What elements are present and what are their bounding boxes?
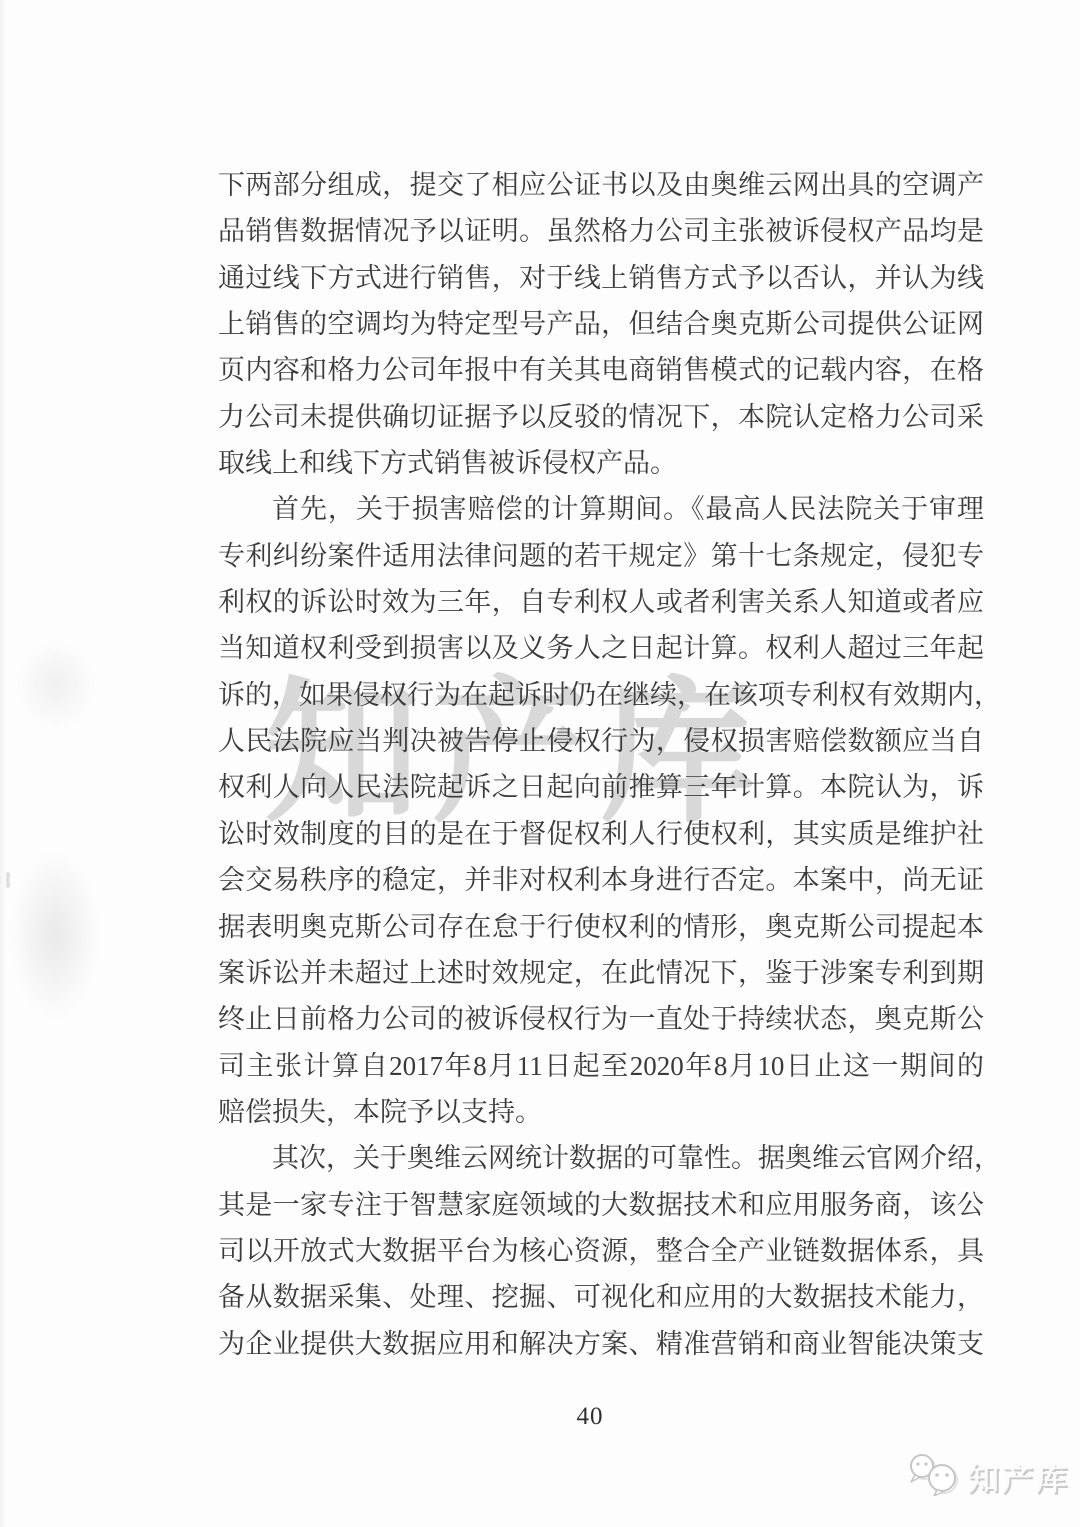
text-line: 司以开放式大数据平台为核心资源，整合全产业链数据体系，具 <box>218 1228 984 1274</box>
text-line: 其是一家专注于智慧家庭领域的大数据技术和应用服务商，该公 <box>218 1182 984 1228</box>
text-line: 上销售的空调均为特定型号产品，但结合奥克斯公司提供公证网 <box>218 301 984 347</box>
text-line: 案诉讼并未超过上述时效规定，在此情况下，鉴于涉案专利到期 <box>218 950 984 996</box>
footer-brand: 知产库 <box>906 1452 1070 1501</box>
footer-brand-text: 知产库 <box>968 1454 1070 1499</box>
paragraph: 其次，关于奥维云网统计数据的可靠性。据奥维云官网介绍，其是一家专注于智慧家庭领域… <box>218 1135 984 1367</box>
text-line: 赔偿损失，本院予以支持。 <box>218 1089 984 1135</box>
paragraph: 首先，关于损害赔偿的计算期间。《最高人民法院关于审理专利纠纷案件适用法律问题的若… <box>218 486 984 1135</box>
text-line: 品销售数据情况予以证明。虽然格力公司主张被诉侵权产品均是 <box>218 208 984 254</box>
scan-speck <box>6 872 10 888</box>
text-line: 终止日前格力公司的被诉侵权行为一直处于持续状态，奥克斯公 <box>218 996 984 1042</box>
text-line: 会交易秩序的稳定，并非对权利本身进行否定。本案中，尚无证 <box>218 857 984 903</box>
text-line: 下两部分组成，提交了相应公证书以及由奥维云网出具的空调产 <box>218 162 984 208</box>
judgment-body-text: 下两部分组成，提交了相应公证书以及由奥维云网出具的空调产品销售数据情况予以证明。… <box>218 162 984 1367</box>
text-line: 利权的诉讼时效为三年，自专利权人或者利害关系人知道或者应 <box>218 579 984 625</box>
paragraph: 下两部分组成，提交了相应公证书以及由奥维云网出具的空调产品销售数据情况予以证明。… <box>218 162 984 486</box>
text-line: 人民法院应当判决被告停止侵权行为，侵权损害赔偿数额应当自 <box>218 718 984 764</box>
text-line: 页内容和格力公司年报中有关其电商销售模式的记载内容，在格 <box>218 347 984 393</box>
text-line: 据表明奥克斯公司存在怠于行使权利的情形，奥克斯公司提起本 <box>218 904 984 950</box>
text-line: 为企业提供大数据应用和解决方案、精准营销和商业智能决策支 <box>218 1321 984 1367</box>
text-line: 司主张计算自2017年8月11日起至2020年8月10日止这一期间的 <box>218 1043 984 1089</box>
text-line: 备从数据采集、处理、挖掘、可视化和应用的大数据技术能力， <box>218 1274 984 1320</box>
scan-smudge <box>10 850 100 1020</box>
wechat-icon <box>906 1452 960 1501</box>
text-line: 通过线下方式进行销售，对于线上销售方式予以否认，并认为线 <box>218 255 984 301</box>
scanned-judgment-page: 知产库 下两部分组成，提交了相应公证书以及由奥维云网出具的空调产品销售数据情况予… <box>0 0 1080 1527</box>
scan-edge-shading <box>0 0 6 1527</box>
text-line: 当知道权利受到损害以及义务人之日起计算。权利人超过三年起 <box>218 625 984 671</box>
text-line: 权利人向人民法院起诉之日起向前推算三年计算。本院认为，诉 <box>218 764 984 810</box>
text-line: 力公司未提供确切证据予以反驳的情况下，本院认定格力公司采 <box>218 394 984 440</box>
page-number: 40 <box>50 1403 1080 1431</box>
scan-smudge <box>16 640 96 730</box>
text-line: 其次，关于奥维云网统计数据的可靠性。据奥维云官网介绍， <box>218 1135 984 1181</box>
text-line: 讼时效制度的目的是在于督促权利人行使权利，其实质是维护社 <box>218 811 984 857</box>
text-line: 专利纠纷案件适用法律问题的若干规定》第十七条规定，侵犯专 <box>218 533 984 579</box>
text-line: 诉的，如果侵权行为在起诉时仍在继续，在该项专利权有效期内， <box>218 672 984 718</box>
text-line: 取线上和线下方式销售被诉侵权产品。 <box>218 440 984 486</box>
text-line: 首先，关于损害赔偿的计算期间。《最高人民法院关于审理 <box>218 486 984 532</box>
